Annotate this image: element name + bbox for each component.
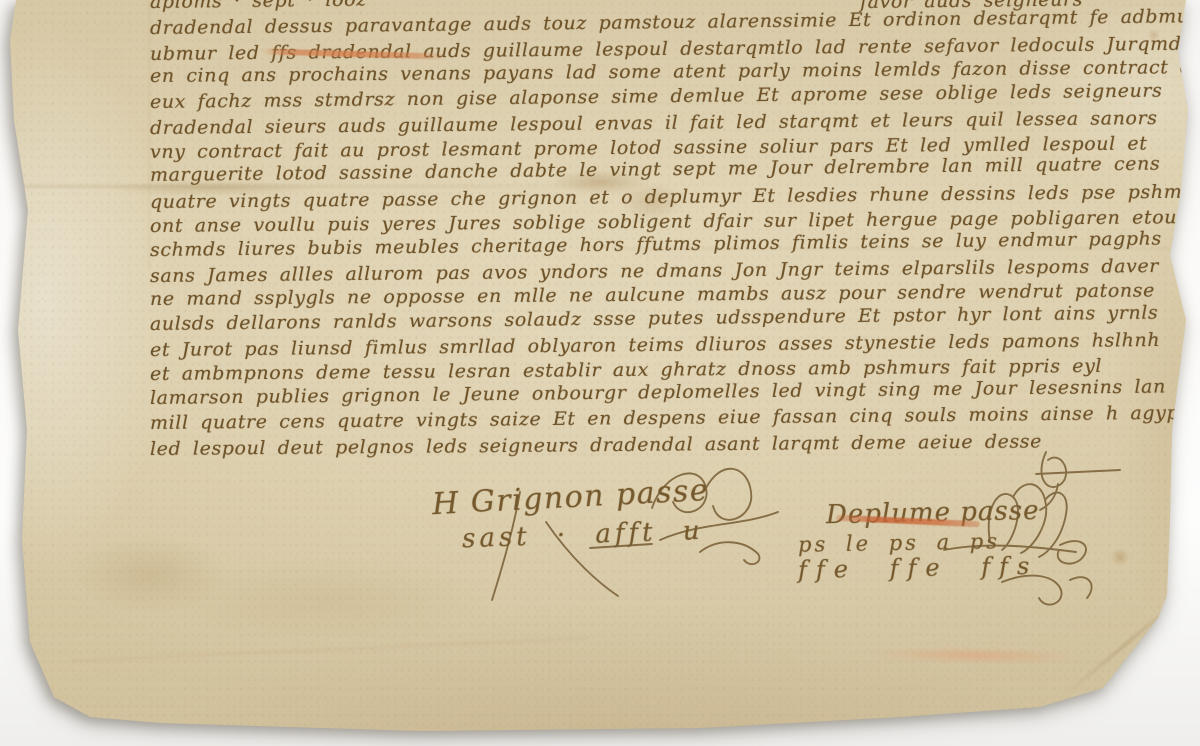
paraph-flourish (546, 522, 618, 596)
paraph-flourish (590, 544, 652, 548)
red-chalk-underline (836, 515, 980, 528)
paraph-flourish (1013, 484, 1046, 553)
end-paraph (1040, 484, 1058, 510)
paraph-flourish (1058, 541, 1086, 564)
manuscript-scan: aploms · sept · looz favor auds seigneur… (0, 0, 1200, 746)
red-chalk-smudge (868, 646, 1080, 665)
end-paraph (1036, 470, 1120, 474)
manuscript-line: ubmur led ffs dradendal auds guillaume l… (150, 31, 1200, 66)
paraph-flourish (700, 542, 759, 564)
manuscript-line: et Jurot pas liunsd fimlus smrllad oblya… (150, 328, 1160, 362)
manuscript-line-fragment: favor auds seigneurs (860, 0, 1083, 14)
manuscript-line: mill quatre cens quatre vingts saize Et … (150, 401, 1200, 435)
signature-left-subscript: sast · afft u (462, 516, 705, 554)
paraph-flourish (944, 546, 1076, 552)
manuscript-line: dradendal sieurs auds guillaume lespoul … (150, 106, 1158, 140)
parchment-sheet: aploms · sept · looz favor auds seigneur… (0, 0, 1200, 746)
manuscript-line: sans James allles allurom pas avos yndor… (150, 254, 1159, 288)
fold-crease-horizontal (0, 185, 620, 188)
manuscript-line: dradendal dessus paravantage auds touz p… (150, 4, 1200, 40)
manuscript-line: quatre vingts quatre passe che grignon e… (150, 179, 1200, 213)
paraph-flourish (1039, 493, 1067, 557)
manuscript-line: schmds liures bubis meubles cheritage ho… (150, 227, 1162, 262)
fold-crease-vertical (148, 0, 150, 270)
signature-left-name: H Grignon passe (431, 473, 710, 522)
fold-crease-corner (1060, 588, 1191, 699)
fold-crease-horizontal-right (620, 248, 1180, 250)
manuscript-line: vny contract fait au prost lesmant prome… (150, 131, 1148, 164)
paraph-flourish (1070, 577, 1092, 598)
manuscript-line: led lespoul deut pelgnos leds seigneurs … (150, 429, 1042, 461)
manuscript-line: en cinq ans prochains venans payans lad … (150, 55, 1200, 88)
manuscript-line: ont anse voullu puis yeres Jures soblige… (150, 205, 1188, 238)
paraph-flourish (652, 473, 707, 512)
signature-right-marks: ffe ffe ffs (798, 552, 1039, 584)
paraph-flourish (1002, 576, 1062, 605)
paraph-flourish (989, 494, 1018, 550)
manuscript-line: lamarson publies grignon le Jeune onbour… (150, 374, 1166, 410)
paraph-flourish (660, 512, 778, 540)
manuscript-line: aulsds dellarons ranlds warsons solaudz … (150, 301, 1159, 336)
end-paraph (1041, 452, 1066, 487)
signature-right-subscript: ps le ps a ps (798, 529, 1000, 557)
ink-paraph-flourishes (0, 0, 1200, 746)
paraph-flourish (706, 469, 751, 520)
paraph-flourish (492, 492, 520, 600)
manuscript-line-fragment: aploms · sept · looz (150, 0, 367, 14)
red-chalk-stroke (262, 48, 446, 59)
signature-right-name: Deplume passe (826, 496, 1040, 530)
fold-crease-bottom (70, 637, 590, 663)
parchment-shadow-wrap: aploms · sept · looz favor auds seigneur… (0, 0, 1200, 746)
manuscript-line: eux fachz mss stmdrsz non gise alaponse … (150, 79, 1163, 114)
manuscript-line: marguerite lotod sassine danche dabte le… (150, 152, 1161, 187)
manuscript-line: et ambmpnons deme tessu lesran establir … (150, 354, 1102, 386)
manuscript-line: ne mand ssplygls ne opposse en mlle ne a… (150, 278, 1155, 311)
